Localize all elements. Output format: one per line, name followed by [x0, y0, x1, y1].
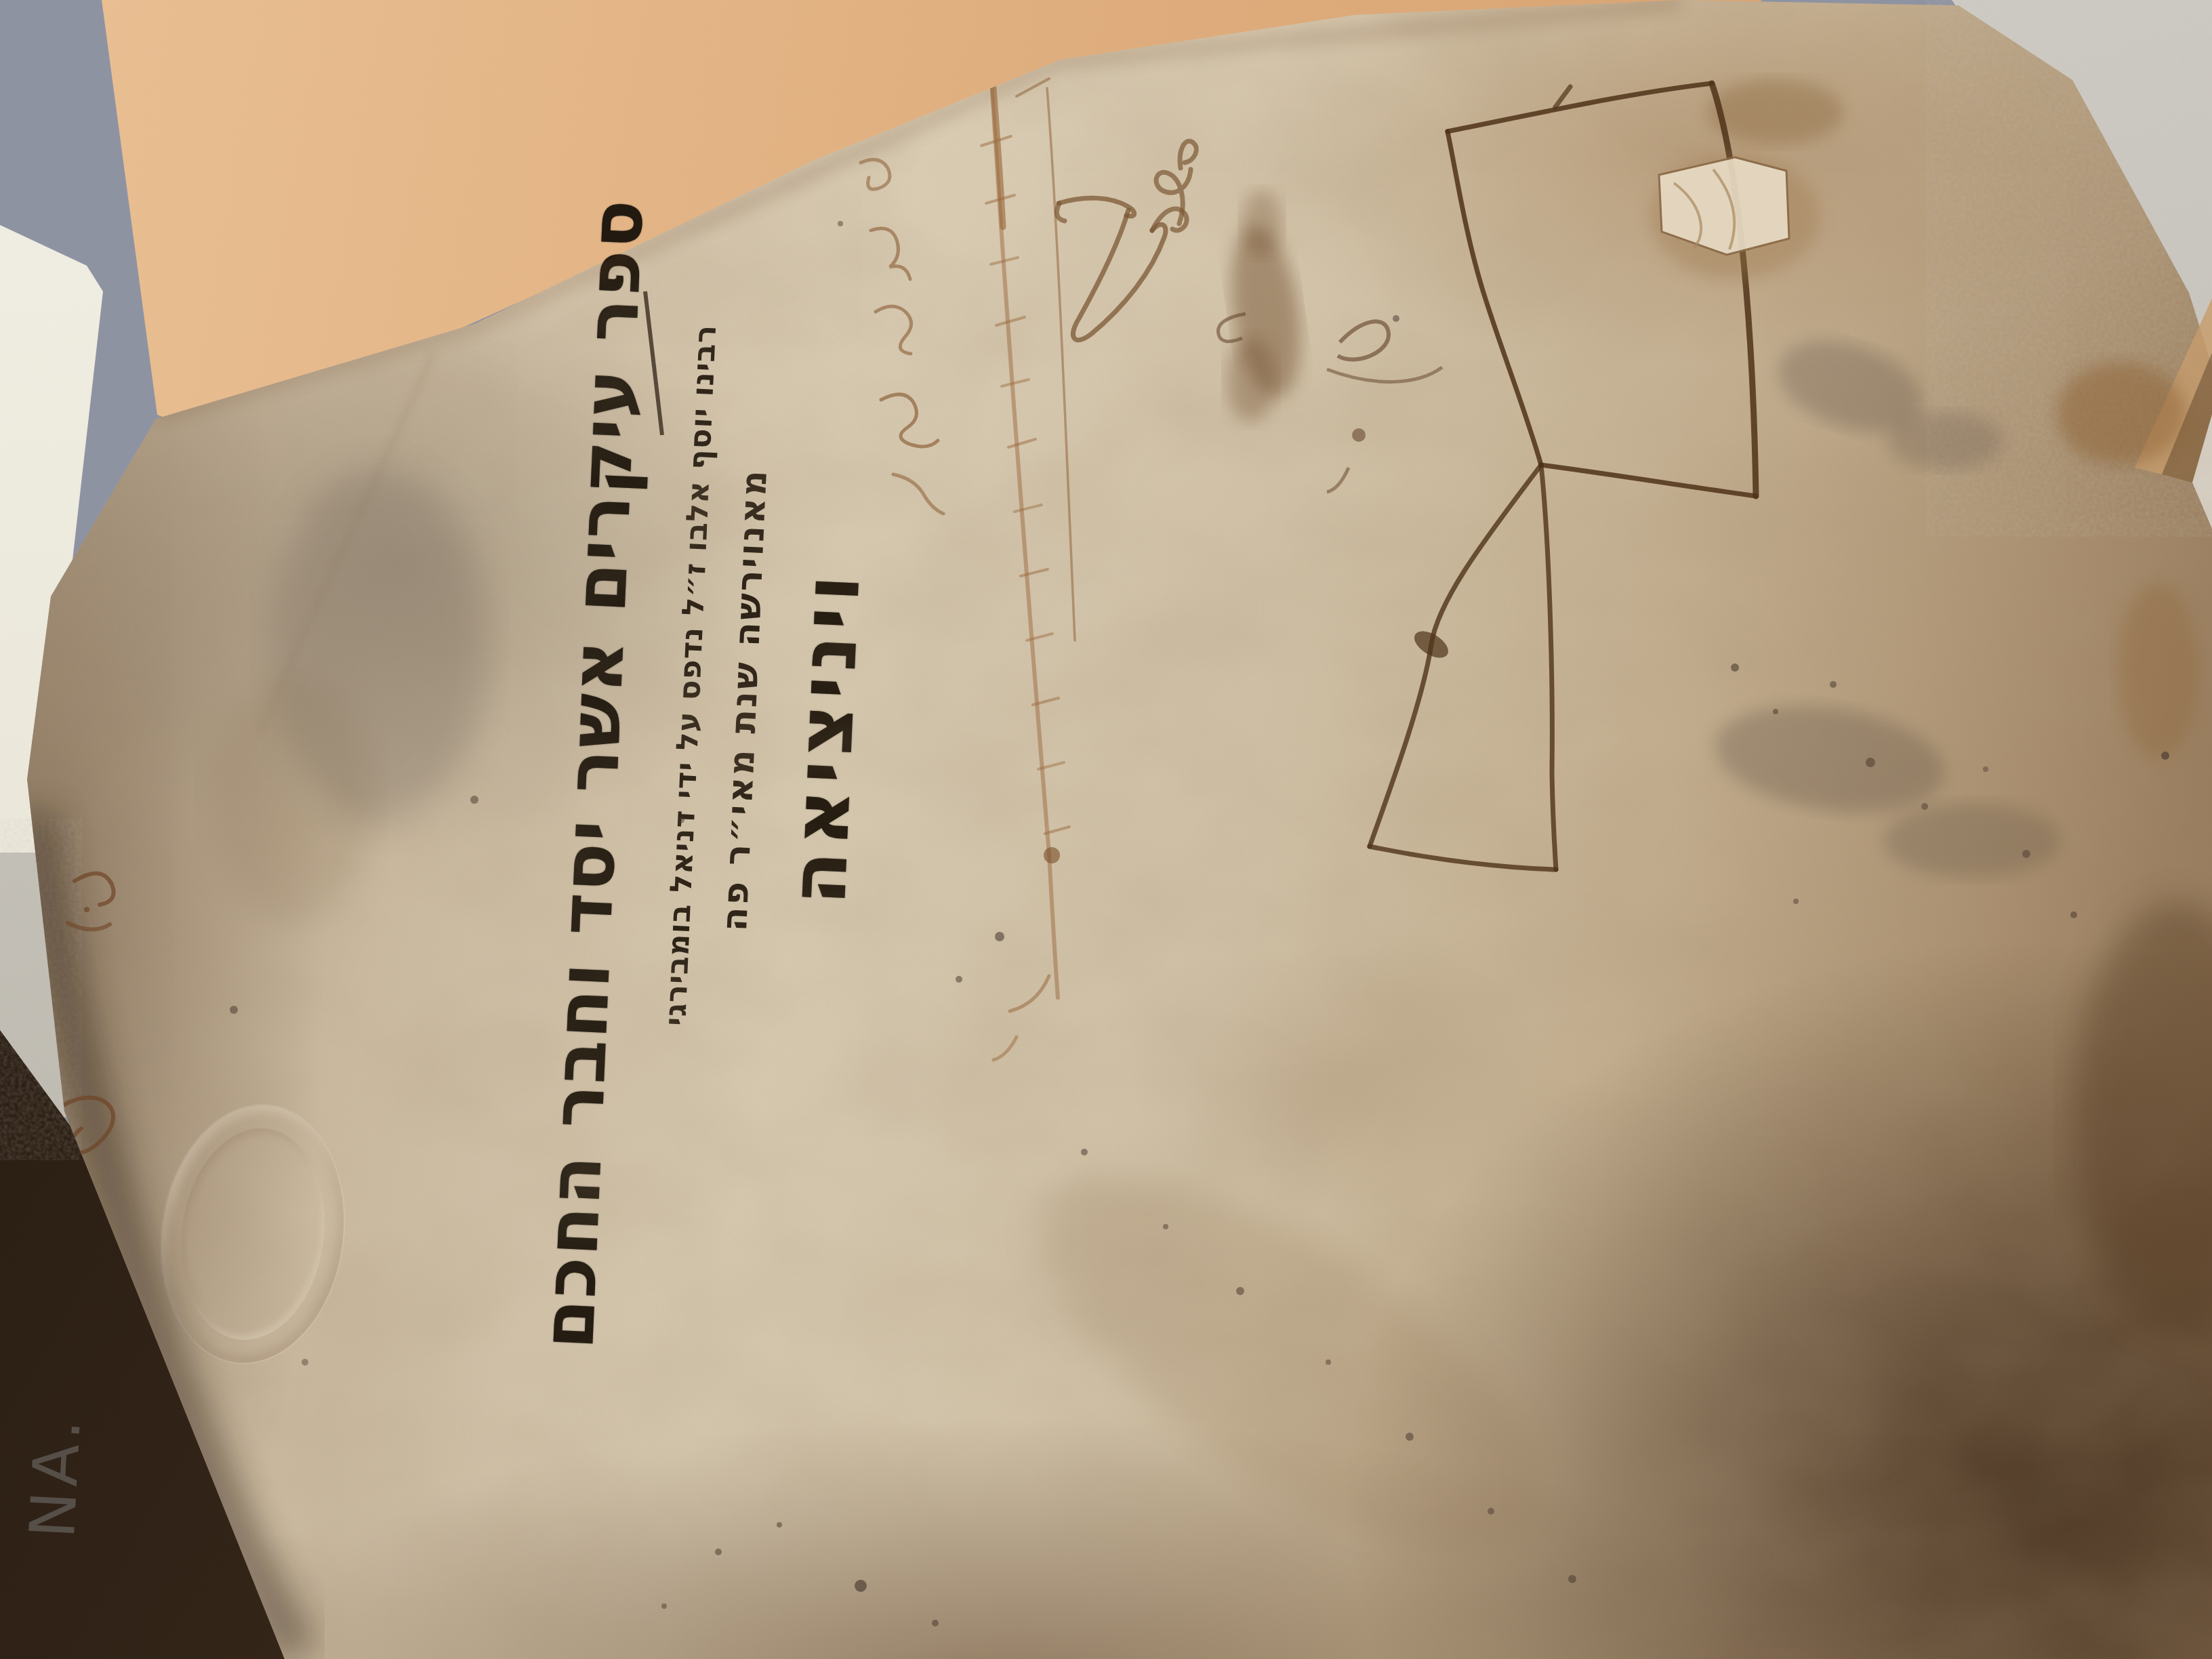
- book-photo: ספר עיקרים אשר יסד וחבר החכם רבינו יוסף …: [0, 0, 2212, 1659]
- paper-patch: [1650, 155, 1820, 279]
- photo-overlay: [0, 0, 2212, 1659]
